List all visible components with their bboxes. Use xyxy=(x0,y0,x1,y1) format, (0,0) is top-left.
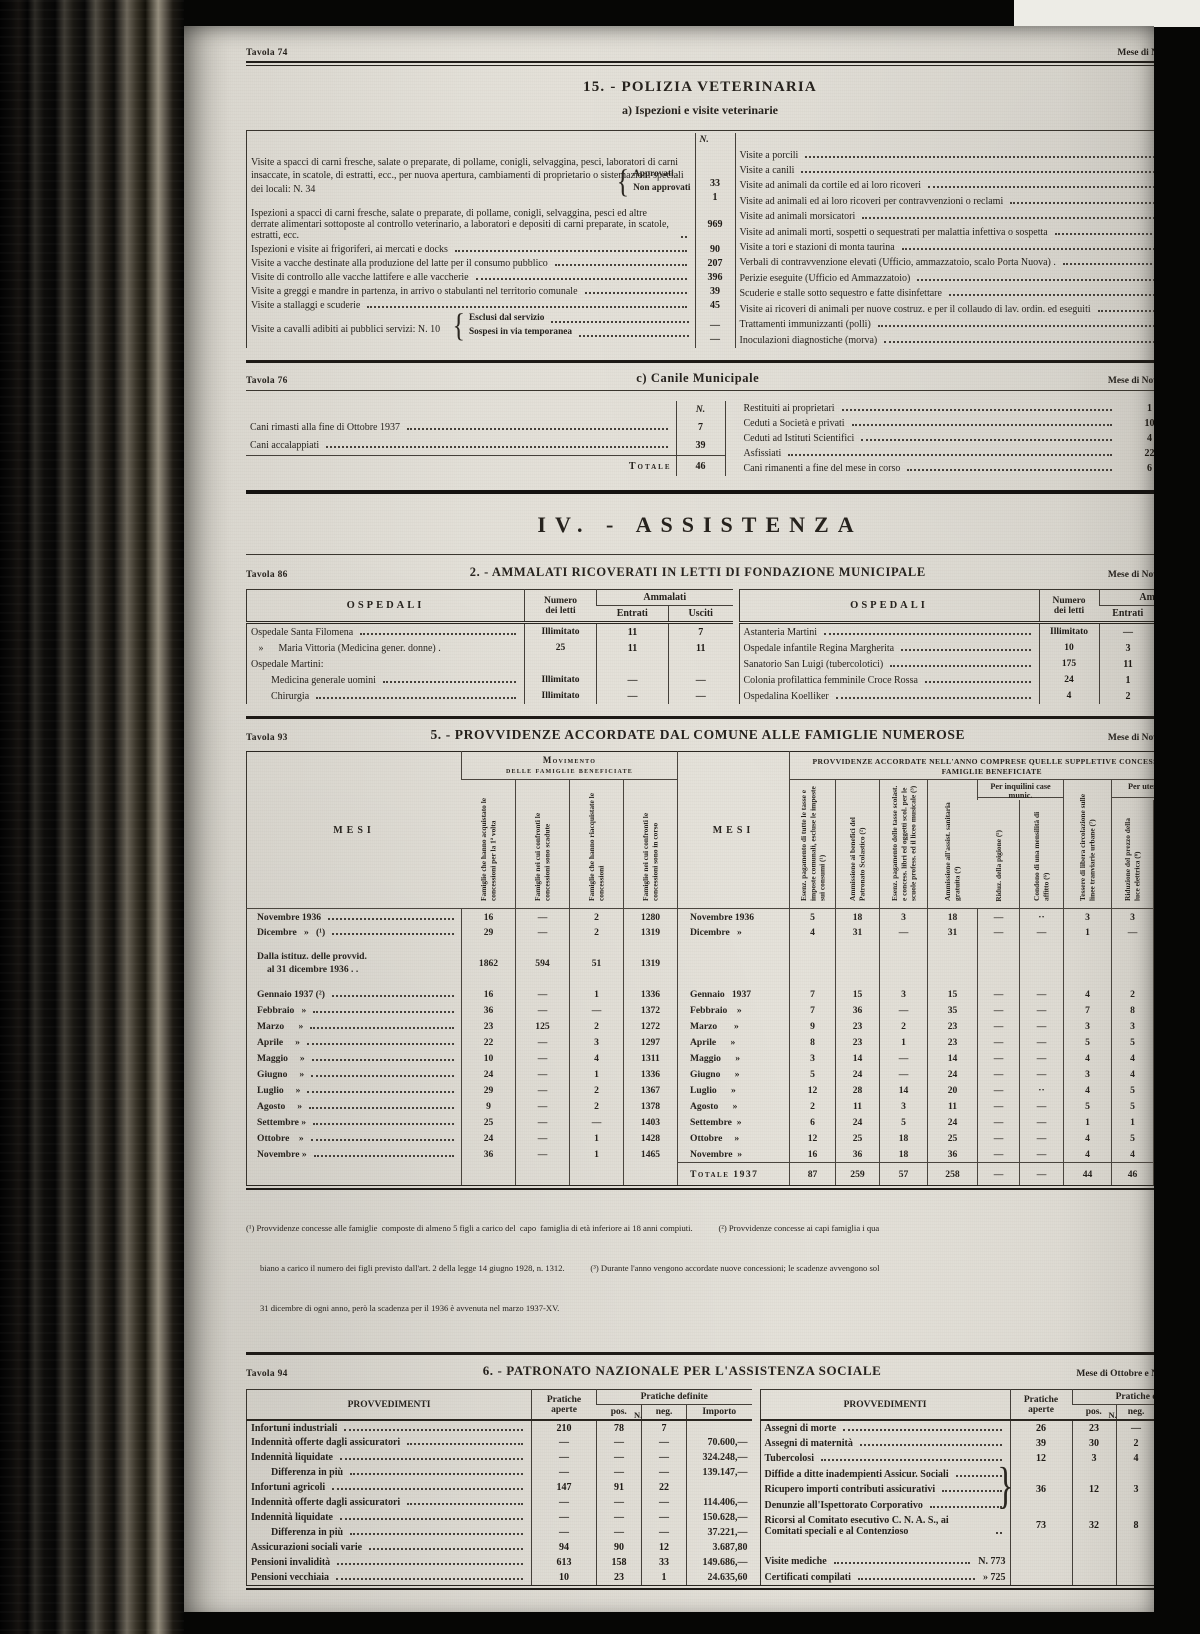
cell-value: 3 xyxy=(1112,1019,1154,1035)
row-label: Visite a porcili xyxy=(740,150,799,161)
cell-value xyxy=(1154,909,1155,925)
cell-value: ·· xyxy=(1020,1083,1064,1099)
cell-value: 5 xyxy=(1112,1131,1154,1147)
col-header: Condono di una mensilità di affitto (⁶) xyxy=(1020,800,1064,909)
cell-value: 594 xyxy=(516,949,570,979)
cell-value: 5 xyxy=(790,909,836,925)
cell-value: 4 xyxy=(790,925,836,941)
pos-value: 78 xyxy=(597,1420,642,1435)
dotted-leader xyxy=(1098,310,1154,312)
pos-value xyxy=(1072,1498,1116,1513)
cell-value: — xyxy=(1020,1067,1064,1083)
spacer-row xyxy=(760,1539,1154,1554)
month-label: Febbraio » xyxy=(678,1003,790,1019)
cell-value: 1 xyxy=(570,1147,624,1163)
brace-icon: { xyxy=(453,310,465,343)
dotted-leader xyxy=(551,321,688,323)
row-label: Restituiti ai proprietari xyxy=(744,403,835,414)
row-label: Scuderie e stalle sotto sequestro e fatt… xyxy=(740,288,942,299)
table-row: Novembre 1936 16—21280 Novembre 1936 518… xyxy=(247,909,1155,925)
footnotes: (¹) Provvidenze concesse alle famiglie c… xyxy=(246,1196,1154,1342)
cell-value: 2 xyxy=(570,1019,624,1035)
cell-value: 3 xyxy=(1064,1019,1112,1035)
cell-value: 18 xyxy=(880,1131,928,1147)
table-header-row: PROVVEDIMENTI Praticheaperte Pratiche de… xyxy=(247,1390,752,1405)
cell-value: — xyxy=(516,1131,570,1147)
total-value: 258 xyxy=(928,1163,978,1185)
cell-value: — xyxy=(516,1115,570,1131)
dotted-leader xyxy=(307,1091,454,1093)
neg-value: 2 xyxy=(1116,1436,1154,1451)
aperte-value: 36 xyxy=(1010,1482,1072,1497)
cell-value xyxy=(1154,1115,1155,1131)
dotted-leader xyxy=(942,1490,1001,1492)
cell-value xyxy=(1154,1131,1155,1147)
dotted-leader xyxy=(858,1578,975,1580)
month-label: Maggio » xyxy=(257,1053,305,1064)
brace-option: Esclusi dal servizio xyxy=(469,312,544,326)
row-label: Cani rimanenti a fine del mese in corso xyxy=(744,463,901,474)
aperte-value: — xyxy=(532,1465,597,1480)
row-value: N. 773 xyxy=(978,1556,1005,1567)
cell-value: ·· xyxy=(1020,909,1064,925)
cell-value: 14 xyxy=(836,1051,880,1067)
col-header-usciti: Usciti xyxy=(669,606,733,623)
row-value: 6 xyxy=(1120,461,1155,476)
dotted-leader xyxy=(367,306,686,308)
col-header: Riduzione del prezzo della luce elettric… xyxy=(1112,800,1154,909)
beds-value: 25 xyxy=(525,640,597,656)
row-label: Visite ad animali morsicatori xyxy=(740,211,856,222)
dotted-leader xyxy=(821,1459,1002,1461)
row-value: 39 xyxy=(676,437,725,456)
row-label: Infortuni industriali xyxy=(251,1423,337,1434)
rule xyxy=(246,1185,1154,1190)
group-header-provvidenze: PROVVIDENZE ACCORDATE NELL'ANNO COMPRESE… xyxy=(790,752,1155,780)
row-label: Ispezioni a spacci di carni fresche, sal… xyxy=(251,208,674,241)
n-sublabel: N. xyxy=(634,1410,642,1420)
table-row: Denunzie all'Ispettorato Corporativo} xyxy=(760,1498,1154,1513)
part-title: IV. - ASSISTENZA xyxy=(246,512,1154,538)
cell-value: 1862 xyxy=(462,949,516,979)
section-subtitle: a) Ispezioni e visite veterinarie xyxy=(246,103,1154,118)
section-title: 6. - PATRONATO NAZIONALE PER L'ASSISTENZ… xyxy=(483,1363,882,1379)
aperte-value: — xyxy=(532,1495,597,1510)
row-value: — xyxy=(700,333,731,347)
total-row: Totale 1937 87 259 57 258 — — 44 46 xyxy=(247,1163,1155,1185)
cell-value: — xyxy=(1020,1099,1064,1115)
cell-value: — xyxy=(880,1003,928,1019)
row-value: 33 xyxy=(700,177,731,191)
cell-value: 1 xyxy=(880,1035,928,1051)
cell-value: 24 xyxy=(928,1067,978,1083)
cell-value: — xyxy=(1020,1051,1064,1067)
row-value: 22 xyxy=(1120,446,1155,461)
cell-value: 12 xyxy=(790,1131,836,1147)
footnote-line: 31 dicembre di ogni anno, però la scaden… xyxy=(246,1302,1154,1315)
section-ammalati-ricoverati: Tavola 86 2. - AMMALATI RICOVERATI IN LE… xyxy=(246,565,1154,704)
cell-value: — xyxy=(516,1067,570,1083)
table-row: Sanatorio San Luigi (tubercolotici) 175 … xyxy=(739,656,1154,672)
aperte-value: 10 xyxy=(532,1570,597,1585)
cell-value: 23 xyxy=(836,1035,880,1051)
dotted-leader xyxy=(862,217,1154,219)
cell-value: — xyxy=(1112,925,1154,941)
month-label: Giugno » xyxy=(257,1069,304,1080)
cell-value: — xyxy=(978,1083,1020,1099)
section-header: Tavola 86 2. - AMMALATI RICOVERATI IN LE… xyxy=(246,565,1154,580)
col-header-mesi: MESI xyxy=(713,825,755,836)
table-row: Chirurgia Illimitato — — xyxy=(247,688,733,704)
cell-value: 2 xyxy=(570,1083,624,1099)
row-label: Cani rimasti alla fine di Ottobre 1937 xyxy=(250,422,400,433)
section-patronato-nazionale: Tavola 94 6. - PATRONATO NAZIONALE PER L… xyxy=(246,1352,1154,1590)
col-header: Esonero pagam. xyxy=(1154,800,1155,909)
cell-value: 7 xyxy=(1064,1003,1112,1019)
row-label: Indennità offerte dagli assicuratori xyxy=(251,1497,400,1508)
cell-value: 15 xyxy=(836,987,880,1003)
dotted-leader xyxy=(313,1011,454,1013)
dotted-leader xyxy=(476,278,687,280)
cell-value: — xyxy=(1020,1147,1064,1163)
table-row: Giugno » 24—11336 Giugno » 524—24 ——34 xyxy=(247,1067,1155,1083)
row-label: Diffide a ditte inadempienti Assicur. So… xyxy=(765,1469,949,1480)
hospital-name: Sanatorio San Luigi (tubercolotici) xyxy=(744,659,884,670)
pos-value xyxy=(1072,1467,1116,1482)
col-header-ammalati: Ammalati xyxy=(597,590,733,606)
usciti-value: 11 xyxy=(669,640,733,656)
neg-value: — xyxy=(642,1495,687,1510)
table-row: Colonia profilattica femminile Croce Ros… xyxy=(739,672,1154,688)
cell-value: 5 xyxy=(790,1067,836,1083)
row-label: Visite ad animali ed ai loro ricoveri pe… xyxy=(740,196,1004,207)
col-header-pratiche-aperte: Praticheaperte xyxy=(532,1390,597,1421)
total-value: — xyxy=(978,1163,1020,1185)
month-label: Dicembre » (¹) xyxy=(257,927,325,938)
row-label: Ricorsi al Comitato esecutivo C. N. A. S… xyxy=(765,1515,989,1537)
table-row: Luglio » 29—21367 Luglio » 12281420 —··4… xyxy=(247,1083,1155,1099)
dotted-leader xyxy=(309,1107,454,1109)
dotted-leader xyxy=(332,995,454,997)
cell-value: 18 xyxy=(836,909,880,925)
cell-value: 11 xyxy=(836,1099,880,1115)
table-row: Novembre » 36—11465 Novembre » 16361836 … xyxy=(247,1147,1155,1163)
cell-value xyxy=(1154,1035,1155,1051)
table-row: Ispezioni e visite ai frigoriferi, ai me… xyxy=(247,242,735,256)
cell-value: — xyxy=(978,1131,1020,1147)
section-divider xyxy=(246,1352,1154,1355)
row-value: » 725 xyxy=(983,1572,1006,1583)
cell-value xyxy=(1154,1051,1155,1067)
hospital-name: Chirurgia xyxy=(271,691,309,702)
table-row: Restituiti ai proprietari 1 xyxy=(740,401,1155,416)
row-label: Assegni di maternità xyxy=(765,1438,853,1449)
patronato-table-right: PROVVEDIMENTI Praticheaperte Pratiche de… xyxy=(760,1389,1154,1585)
pos-value: 3 xyxy=(1072,1451,1116,1466)
row-label: Visite a greggi e mandre in partenza, in… xyxy=(251,286,578,297)
entrati-value xyxy=(597,656,669,672)
month-label: Dicembre » xyxy=(678,925,790,941)
cell-value: 5 xyxy=(1112,1099,1154,1115)
n-column-header: N. xyxy=(695,133,735,146)
hospitals-tables: OSPEDALI Numerodei letti Ammalati Entrat… xyxy=(246,589,1154,704)
pos-value: — xyxy=(597,1450,642,1465)
cell-value: 7 xyxy=(790,987,836,1003)
table-row: Gennaio 1937 (²) 16—11336 Gennaio 1937 7… xyxy=(247,987,1155,1003)
dotted-leader xyxy=(681,236,687,238)
importo-value: 324.248,— xyxy=(687,1450,752,1465)
book-binding xyxy=(0,0,184,1634)
n-sublabel: N. xyxy=(1109,1410,1117,1420)
cell-value: 25 xyxy=(928,1131,978,1147)
table-row: Visite a canili xyxy=(736,163,1155,178)
cell-value: 20 xyxy=(928,1083,978,1099)
cell-value: 3 xyxy=(880,1099,928,1115)
cell-value: 1 xyxy=(570,1131,624,1147)
pos-value: — xyxy=(597,1525,642,1540)
neg-value: — xyxy=(642,1510,687,1525)
tavola-label: Tavola 76 xyxy=(246,376,288,386)
cell-value: 1372 xyxy=(624,1003,678,1019)
col-header-mesi: MESI xyxy=(333,825,375,836)
table-row: Visite ai ricoveri di animali per nuove … xyxy=(736,302,1155,317)
cell-value: 11 xyxy=(928,1099,978,1115)
row-label: Assegni di morte xyxy=(765,1423,837,1434)
dotted-leader xyxy=(350,1473,523,1475)
table-row: Febbraio » 36——1372 Febbraio » 736—35 ——… xyxy=(247,1003,1155,1019)
col-header: Esenz. pagamento di tutte le tasse e imp… xyxy=(790,780,836,909)
dotted-leader xyxy=(884,341,1154,343)
importo-value xyxy=(687,1480,752,1495)
aperte-value xyxy=(1010,1498,1072,1513)
table-row: Visite a cavalli adibiti ai pubblici ser… xyxy=(247,312,735,348)
table-header-row: PROVVEDIMENTI Praticheaperte Pratiche de… xyxy=(760,1390,1154,1405)
row-label: Visite a canili xyxy=(740,165,795,176)
row-label: Trattamenti immunizzanti (polli) xyxy=(740,319,871,330)
hospitals-table-right: OSPEDALI Numerodei letti Ammalati Entrat… xyxy=(739,589,1155,704)
cell-value xyxy=(1154,1099,1155,1115)
dotted-leader xyxy=(332,933,454,935)
cell-value: 1319 xyxy=(624,949,678,979)
total-value: 46 xyxy=(1112,1163,1154,1185)
month-label: Gennaio 1937 (²) xyxy=(257,989,325,1000)
mese-label: Mese di Ottobre e N xyxy=(1076,1369,1154,1379)
cell-value: 16 xyxy=(790,1147,836,1163)
rule xyxy=(246,554,1154,555)
row-label: Infortuni agricoli xyxy=(251,1482,325,1493)
dotted-leader xyxy=(843,1429,1001,1431)
cell-value xyxy=(1154,925,1155,941)
month-label: Settembre » xyxy=(678,1115,790,1131)
neg-value: 1 xyxy=(642,1570,687,1585)
row-label: Ispezioni e visite ai frigoriferi, ai me… xyxy=(251,244,448,255)
hospital-name: Ospedale Santa Filomena xyxy=(251,627,353,638)
row-value: 90 xyxy=(695,242,735,256)
row-label: Visite a tori e stazioni di monta taurin… xyxy=(740,242,895,253)
dotted-leader xyxy=(852,424,1112,426)
table-row: Visite di controllo alle vacche lattifer… xyxy=(247,270,735,284)
dotted-leader xyxy=(579,335,688,337)
table-row: Asfissiati 22 xyxy=(740,446,1155,461)
cell-value: 4 xyxy=(1064,987,1112,1003)
cell-value: 3 xyxy=(1112,909,1154,925)
dotted-leader xyxy=(326,446,667,448)
total-row: Totale 46 xyxy=(246,456,725,476)
table-row: Ricupero importi contributi assicurativi… xyxy=(760,1482,1154,1497)
table-row: Ispezioni a spacci di carni fresche, sal… xyxy=(247,206,735,242)
month-label: Giugno » xyxy=(678,1067,790,1083)
cell-value: 3 xyxy=(880,909,928,925)
row-value: 969 xyxy=(695,206,735,242)
total-value: 259 xyxy=(836,1163,880,1185)
page-corner-notch xyxy=(1014,0,1200,27)
importo-value: 139.147,— xyxy=(687,1465,752,1480)
aperte-value: 39 xyxy=(1010,1436,1072,1451)
cell-value: 4 xyxy=(1112,1147,1154,1163)
dotted-leader xyxy=(455,250,687,252)
aperte-value: — xyxy=(532,1525,597,1540)
importo-value xyxy=(687,1420,752,1435)
usciti-value: 7 xyxy=(669,623,733,641)
rule xyxy=(246,1585,1154,1590)
row-value: 207 xyxy=(695,256,735,270)
dotted-leader xyxy=(312,1059,454,1061)
table-row: Indennità offerte dagli assicuratori — —… xyxy=(247,1435,752,1450)
month-label: Agosto » xyxy=(678,1099,790,1115)
table-row: Assegni di morte} 26 23 — 6.8 xyxy=(760,1420,1154,1435)
neg-value: 3 xyxy=(1116,1482,1154,1497)
cell-value: 1297 xyxy=(624,1035,678,1051)
col-header-provvedimenti: PROVVEDIMENTI xyxy=(247,1390,532,1421)
table-header-row: N. xyxy=(247,133,735,146)
table-row: Visite ad animali da cortile ed ai loro … xyxy=(736,178,1155,193)
neg-value: — xyxy=(642,1450,687,1465)
section-title: 15. - POLIZIA VETERINARIA xyxy=(246,79,1154,96)
hospital-name: » Maria Vittoria (Medicina gener. donne)… xyxy=(251,643,441,654)
row-label: Denunzie all'Ispettorato Corporativo xyxy=(765,1500,923,1511)
table-row: Visite a greggi e mandre in partenza, in… xyxy=(247,284,735,298)
section-polizia-veterinaria: Tavola 74 Mese di N 15. - POLIZIA VETERI… xyxy=(246,48,1154,348)
pos-value: 32 xyxy=(1072,1513,1116,1539)
dotted-leader xyxy=(996,1532,1002,1534)
beds-value: 4 xyxy=(1039,688,1099,704)
row-value: 1 xyxy=(1120,401,1155,416)
cell-value: 14 xyxy=(928,1051,978,1067)
entrati-value: 11 xyxy=(1099,656,1154,672)
row-value: — xyxy=(700,319,731,333)
cell-value: 1 xyxy=(570,987,624,1003)
row-label: Pensioni invalidità xyxy=(251,1557,330,1568)
section-header: Tavola 74 Mese di N xyxy=(246,48,1154,58)
cell-value: 36 xyxy=(462,1147,516,1163)
group-header-movimento: Movimentodelle famiglie beneficiate xyxy=(462,752,678,780)
aperte-value: — xyxy=(532,1450,597,1465)
rule xyxy=(246,390,1154,391)
dotted-leader xyxy=(824,633,1030,635)
patronato-tables: PROVVEDIMENTI Praticheaperte Pratiche de… xyxy=(246,1389,1154,1585)
cell-value: — xyxy=(516,909,570,925)
row-value: 45 xyxy=(695,298,735,312)
table-row: Scuderie e stalle sotto sequestro e fatt… xyxy=(736,286,1155,301)
row-label: Inoculazioni diagnostiche (morva) xyxy=(740,335,878,346)
cell-value xyxy=(1154,1083,1155,1099)
cell-value: 36 xyxy=(836,1147,880,1163)
row-value: 7 xyxy=(676,418,725,436)
dotted-leader xyxy=(834,1562,971,1564)
row-value: 396 xyxy=(695,270,735,284)
cell-value: 1336 xyxy=(624,987,678,1003)
cell-value: 24 xyxy=(836,1067,880,1083)
cell-value: 1280 xyxy=(624,909,678,925)
cell-value: — xyxy=(1020,1115,1064,1131)
hospital-name: Colonia profilattica femminile Croce Ros… xyxy=(744,675,918,686)
cell-value: — xyxy=(978,1019,1020,1035)
dotted-leader xyxy=(337,1563,523,1565)
cell-value: — xyxy=(516,925,570,941)
cell-value: 1336 xyxy=(624,1067,678,1083)
cell-value: 1272 xyxy=(624,1019,678,1035)
dotted-leader xyxy=(1063,263,1154,265)
dotted-leader xyxy=(350,1533,523,1535)
dotted-leader xyxy=(788,454,1111,456)
row-label: Verbali di contravvenzione elevati (Uffi… xyxy=(740,257,1056,268)
table-row: Differenza in più — — — 139.147,— xyxy=(247,1465,752,1480)
month-label: Novembre » xyxy=(678,1147,790,1163)
tavola-label: Tavola 93 xyxy=(246,733,288,743)
table-row: Cani rimanenti a fine del mese in corso … xyxy=(740,461,1155,476)
cell-value: 5 xyxy=(880,1115,928,1131)
dotted-leader xyxy=(1010,202,1154,204)
cell-value: 10 xyxy=(462,1051,516,1067)
cell-value: 1 xyxy=(1064,925,1112,941)
cell-value: 2 xyxy=(790,1099,836,1115)
dotted-leader xyxy=(925,681,1031,683)
brace-group: { Approvati . Non approvati xyxy=(617,168,691,196)
pos-value: 90 xyxy=(597,1540,642,1555)
neg-value: 12 xyxy=(642,1540,687,1555)
cell-value xyxy=(1154,1147,1155,1163)
table-row: Certificati compilati» 725 xyxy=(760,1570,1154,1585)
table-row: Astanteria Martini Illimitato — — xyxy=(739,623,1154,641)
table-row: Cani rimasti alla fine di Ottobre 1937 7 xyxy=(246,418,725,436)
dotted-leader xyxy=(801,171,1154,173)
total-label: Totale xyxy=(246,456,676,476)
cell-value xyxy=(1154,1067,1155,1083)
canile-table-left: N. Cani rimasti alla fine di Ottobre 193… xyxy=(246,401,726,476)
total-label: Totale 1937 xyxy=(678,1163,790,1185)
month-label: Settembre » xyxy=(257,1117,306,1128)
cell-value: — xyxy=(1020,1003,1064,1019)
table-row: Assegni di maternità} 39 30 2 15.9 xyxy=(760,1436,1154,1451)
col-header-importo: Importo xyxy=(687,1405,752,1421)
cell-value: 4 xyxy=(1064,1147,1112,1163)
usciti-value xyxy=(669,656,733,672)
aperte-value: 147 xyxy=(532,1480,597,1495)
cell-value: 7 xyxy=(790,1003,836,1019)
table-row: Infortuni agricoli 147 91 22 xyxy=(247,1480,752,1495)
pos-value: — xyxy=(597,1510,642,1525)
dotted-leader xyxy=(316,697,516,699)
cell-value: 18 xyxy=(928,909,978,925)
section-title: c) Canile Municipale xyxy=(636,371,759,386)
cell-value: 2 xyxy=(570,925,624,941)
col-header: Ammissione all'assist. sanitaria gratuit… xyxy=(928,780,978,909)
cell-value: 36 xyxy=(836,1003,880,1019)
hospital-name: Medicina generale uomini xyxy=(271,675,376,686)
cell-value: 29 xyxy=(462,1083,516,1099)
entrati-value: 1 xyxy=(1099,672,1154,688)
dotted-leader xyxy=(1055,233,1154,235)
